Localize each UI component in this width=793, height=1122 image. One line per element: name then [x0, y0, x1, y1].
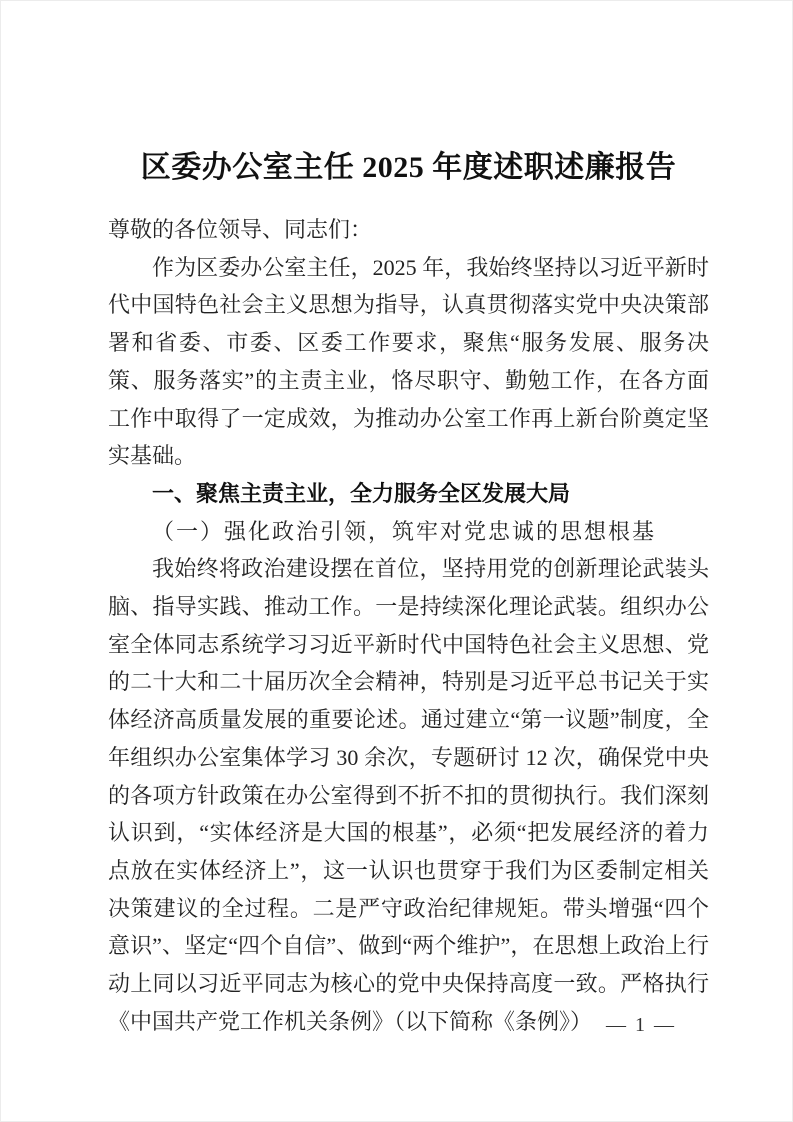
- subsection-heading: （一）强化政治引领，筑牢对党忠诚的思想根基: [108, 513, 709, 551]
- section-heading: 一、聚焦主责主业，全力服务全区发展大局: [108, 475, 709, 513]
- document-page: 区委办公室主任 2025 年度述职述廉报告 尊敬的各位领导、同志们： 作为区委办…: [0, 0, 793, 1122]
- document-title: 区委办公室主任 2025 年度述职述廉报告: [108, 147, 709, 189]
- page-number: — 1 —: [606, 1014, 676, 1036]
- intro-paragraph: 作为区委办公室主任，2025 年，我始终坚持以习近平新时代中国特色社会主义思想为…: [108, 249, 709, 475]
- salutation: 尊敬的各位领导、同志们：: [108, 211, 709, 249]
- body-paragraph: 我始终将政治建设摆在首位，坚持用党的创新理论武装头脑、指导实践、推动工作。一是持…: [108, 550, 709, 1040]
